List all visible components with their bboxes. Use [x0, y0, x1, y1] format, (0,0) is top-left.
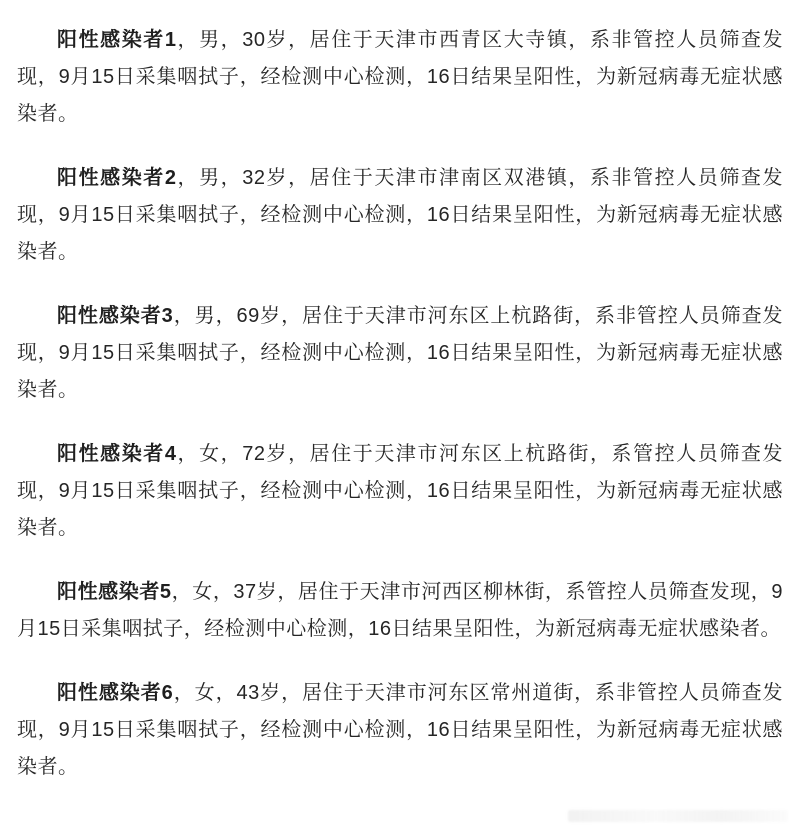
case-paragraph-3: 阳性感染者3，男，69岁，居住于天津市河东区上杭路街，系非管控人员筛查发现，9月… — [17, 298, 783, 409]
case-label: 阳性感染者3 — [57, 305, 173, 327]
case-label: 阳性感染者4 — [57, 443, 176, 465]
case-label: 阳性感染者2 — [57, 167, 176, 189]
case-label: 阳性感染者6 — [57, 682, 173, 704]
case-label: 阳性感染者5 — [57, 581, 172, 603]
case-paragraph-4: 阳性感染者4，女，72岁，居住于天津市河东区上杭路街，系管控人员筛查发现，9月1… — [17, 436, 783, 547]
case-paragraph-1: 阳性感染者1，男，30岁，居住于天津市西青区大寺镇，系非管控人员筛查发现，9月1… — [17, 22, 783, 133]
case-paragraph-2: 阳性感染者2，男，32岁，居住于天津市津南区双港镇，系非管控人员筛查发现，9月1… — [17, 160, 783, 271]
case-paragraph-5: 阳性感染者5，女，37岁，居住于天津市河西区柳林街，系管控人员筛查发现，9月15… — [17, 574, 783, 648]
case-paragraph-6: 阳性感染者6，女，43岁，居住于天津市河东区常州道街，系非管控人员筛查发现，9月… — [17, 675, 783, 786]
faint-watermark — [568, 810, 788, 822]
case-label: 阳性感染者1 — [57, 29, 176, 51]
document-body: 阳性感染者1，男，30岁，居住于天津市西青区大寺镇，系非管控人员筛查发现，9月1… — [0, 0, 800, 786]
